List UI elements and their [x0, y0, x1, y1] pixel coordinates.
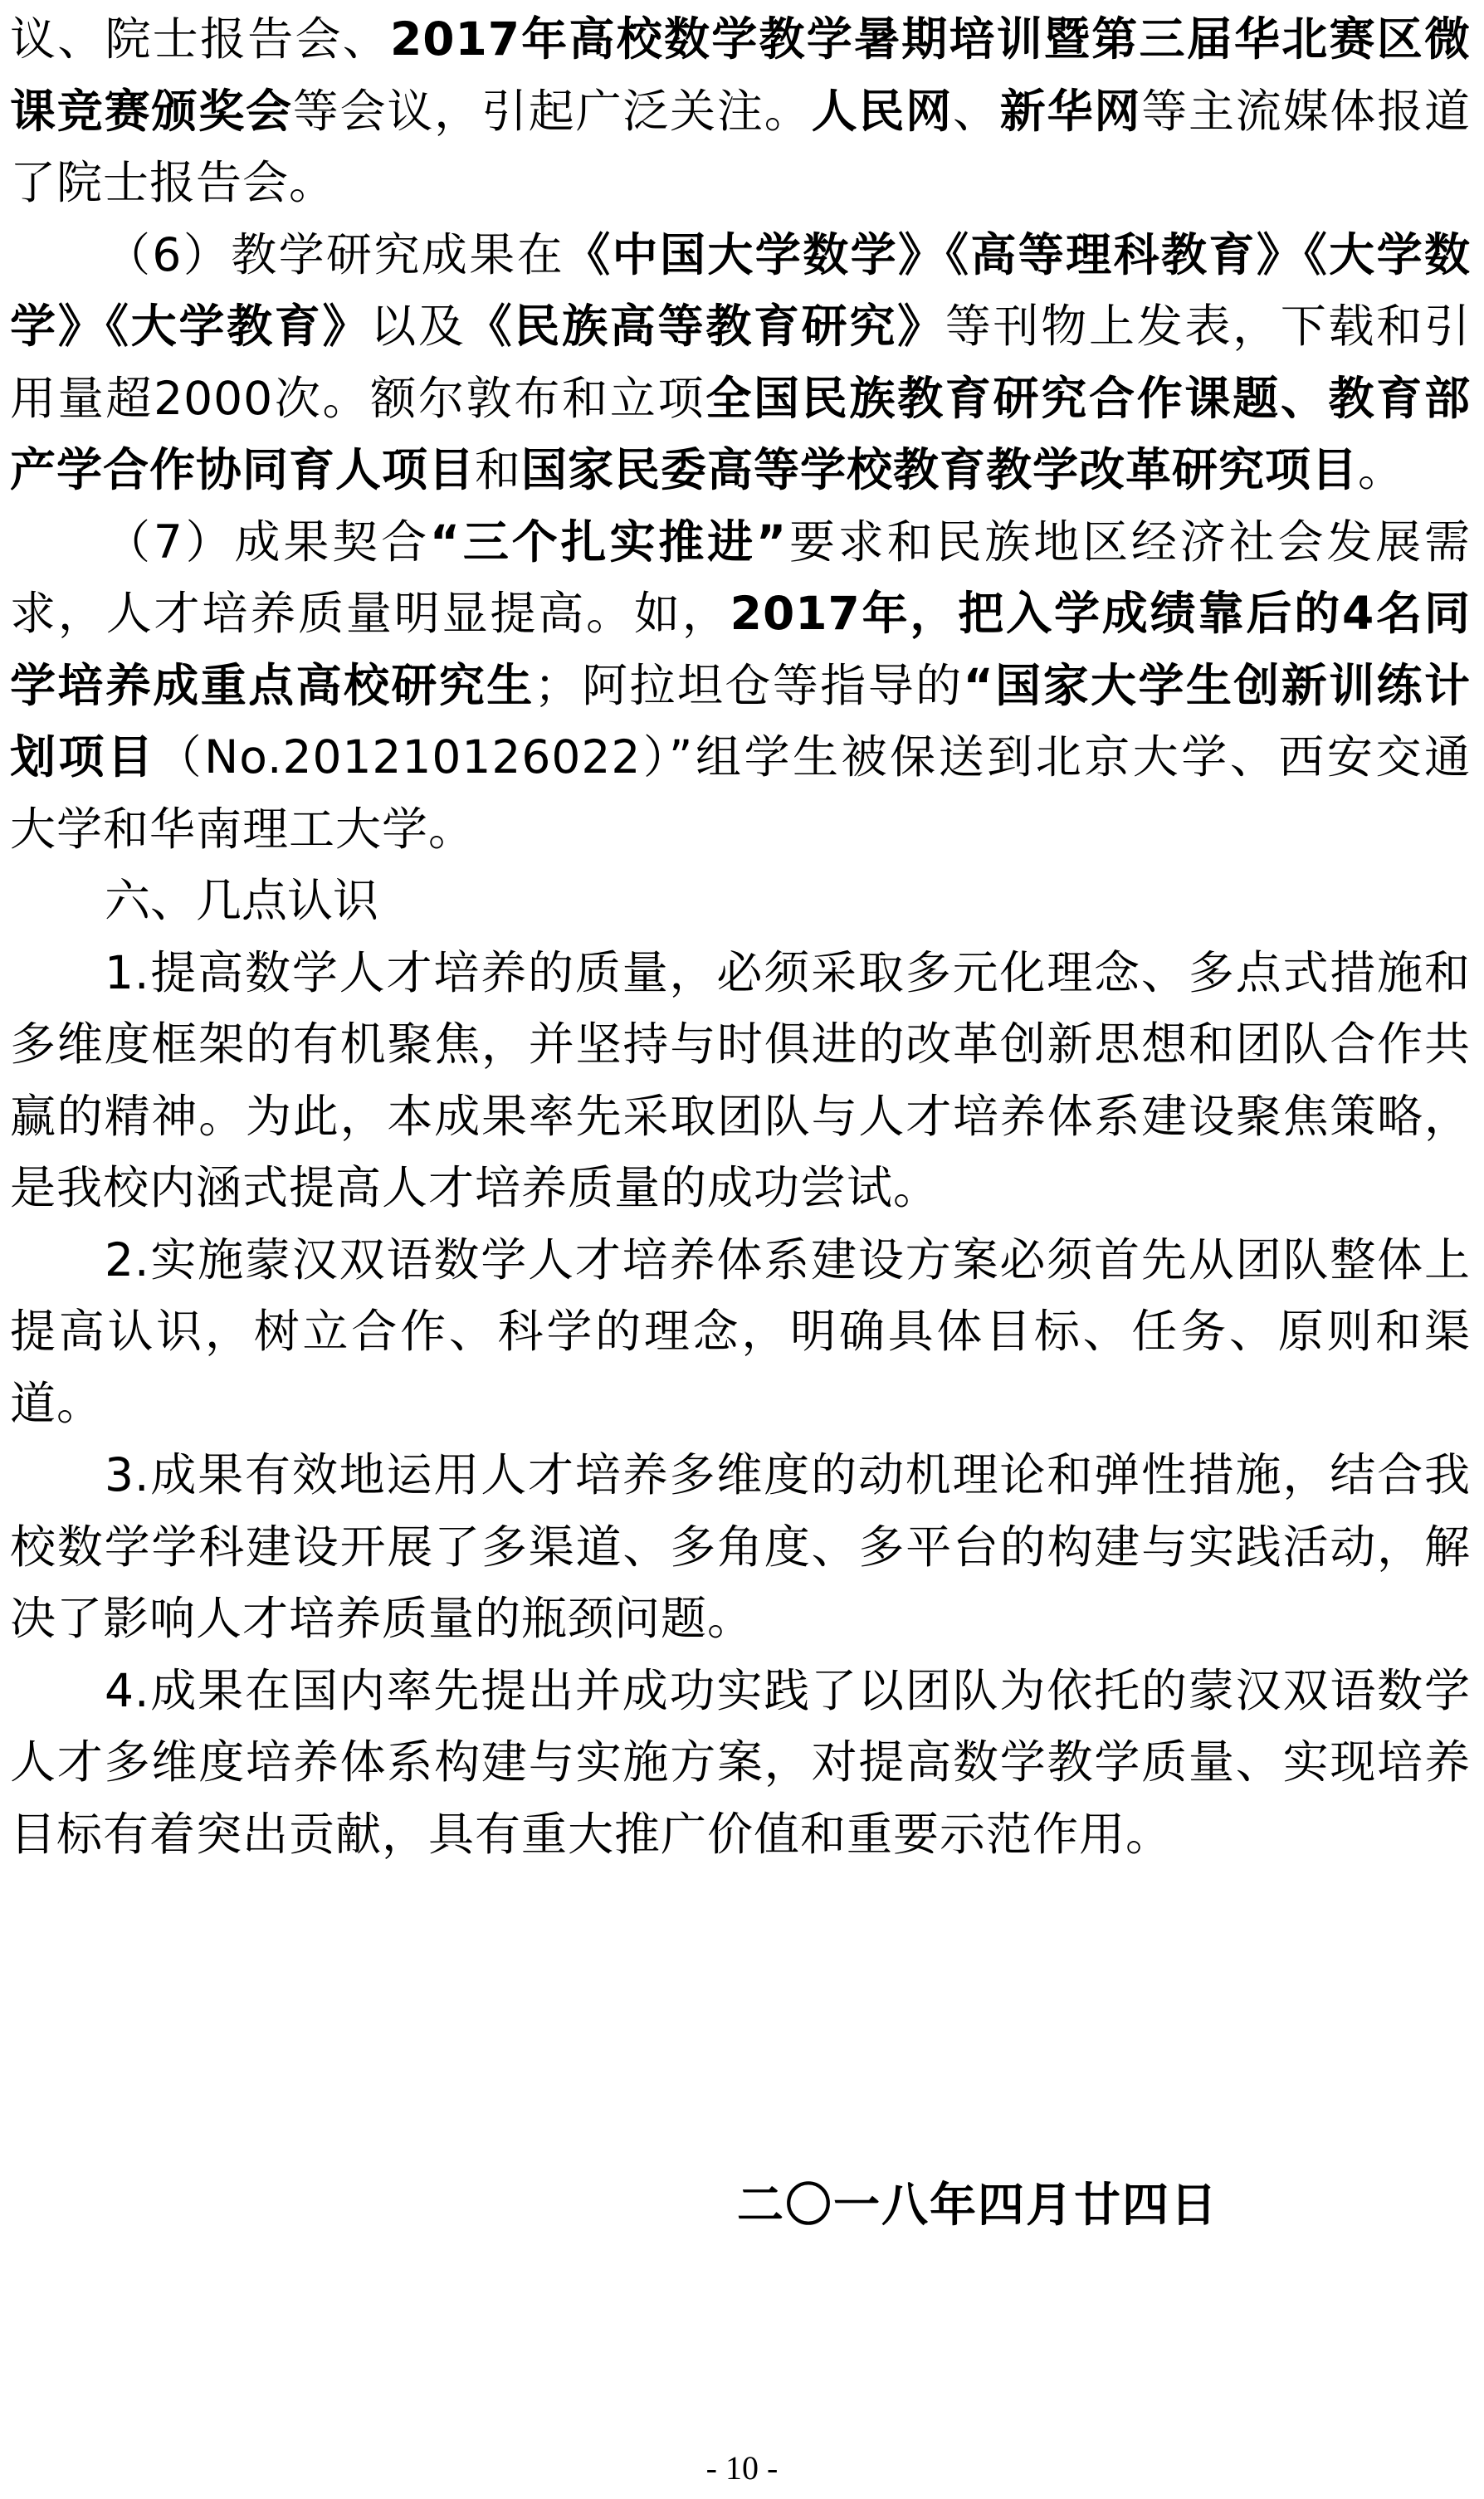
point-4: 4.成果在国内率先提出并成功实践了以团队为依托的蒙汉双语数学人才多维度培养体系构… — [10, 1655, 1471, 1871]
point-1: 1.提高数学人才培养的质量，必须采取多元化理念、多点式措施和多维度框架的有机聚焦… — [10, 937, 1471, 1224]
document-page: 议、院士报告会、2017年高校数学教学暑期培训暨第三届华北赛区微课竞赛颁奖会等会… — [0, 0, 1484, 2499]
text-segment: 议、院士报告会、 — [10, 12, 390, 66]
paragraph-item-6: （6）教学研究成果在《中国大学数学》《高等理科教育》《大学数学》《大学教育》以及… — [10, 219, 1471, 506]
text-segment: （7）成果契合 — [105, 515, 430, 569]
text-segment: （No.201210126022）”组学生被保送到北京大学、西安交通大学和华南理… — [10, 730, 1471, 856]
page-number: - 10 - — [0, 2448, 1484, 2487]
point-2: 2.实施蒙汉双语数学人才培养体系建设方案必须首先从团队整体上提高认识，树立合作、… — [10, 1224, 1471, 1440]
text-segment: ；阿拉坦仓等指导的 — [535, 659, 964, 712]
emphasized-text: 新华网 — [1000, 85, 1141, 138]
text-segment: 以及 — [370, 300, 466, 353]
point-3: 3.成果有效地运用人才培养多维度的动机理论和弹性措施，结合我校数学学科建设开展了… — [10, 1439, 1471, 1655]
text-segment: 等会议，引起广泛关注。 — [293, 85, 812, 138]
emphasized-text: 人民网 — [812, 85, 953, 138]
text-segment: （6）教学研究成果在 — [105, 228, 564, 281]
text-segment: 、 — [953, 85, 1000, 138]
emphasized-text: “三个扎实推进” — [430, 515, 787, 569]
document-body: 议、院士报告会、2017年高校数学教学暑期培训暨第三届华北赛区微课竞赛颁奖会等会… — [10, 3, 1471, 1870]
emphasized-text: 《民族高等教育研究》 — [466, 300, 945, 353]
paragraph-item-7: （7）成果契合“三个扎实推进”要求和民族地区经济社会发展需求，人才培养质量明显提… — [10, 506, 1471, 866]
section-heading: 六、几点认识 — [10, 865, 1471, 937]
continuation-paragraph: 议、院士报告会、2017年高校数学教学暑期培训暨第三届华北赛区微课竞赛颁奖会等会… — [10, 3, 1471, 219]
text-segment: 和 — [475, 443, 521, 496]
document-date: 二〇一八年四月廿四日 — [737, 2169, 1218, 2235]
emphasized-text: 国家民委高等学校教育教学改革研究项目 — [521, 443, 1358, 496]
text-segment: 。 — [1358, 443, 1404, 496]
